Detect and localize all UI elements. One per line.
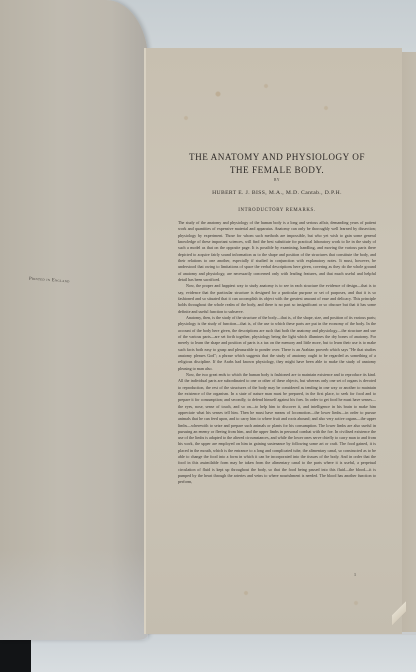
title-line-2: THE FEMALE BODY.: [162, 164, 392, 177]
author-line: HUBERT E. J. BISS, M.A., M.D. Cantab., D…: [162, 190, 392, 196]
torn-corner: [392, 595, 406, 631]
paragraph: Now, the proper and happiest way to stud…: [178, 283, 376, 315]
backdrop-surface-bottom: [0, 635, 416, 672]
paragraph: Anatomy, then, is the study of the struc…: [178, 315, 376, 372]
body-text: The study of the anatomy and physiology …: [178, 220, 376, 486]
left-page: Printed in England: [0, 0, 148, 640]
byline-by: BY: [162, 178, 392, 182]
imprint-label: Printed in England: [29, 276, 70, 284]
page-number: 1: [354, 572, 356, 577]
title-line-1: THE ANATOMY AND PHYSIOLOGY OF: [162, 151, 392, 164]
section-heading: INTRODUCTORY REMARKS.: [162, 208, 392, 213]
dark-corner-shadow: [0, 640, 31, 672]
document-title: THE ANATOMY AND PHYSIOLOGY OF THE FEMALE…: [162, 151, 392, 177]
paragraph: Now, the two great ends to which the hum…: [178, 372, 376, 486]
paragraph: The study of the anatomy and physiology …: [178, 220, 376, 283]
